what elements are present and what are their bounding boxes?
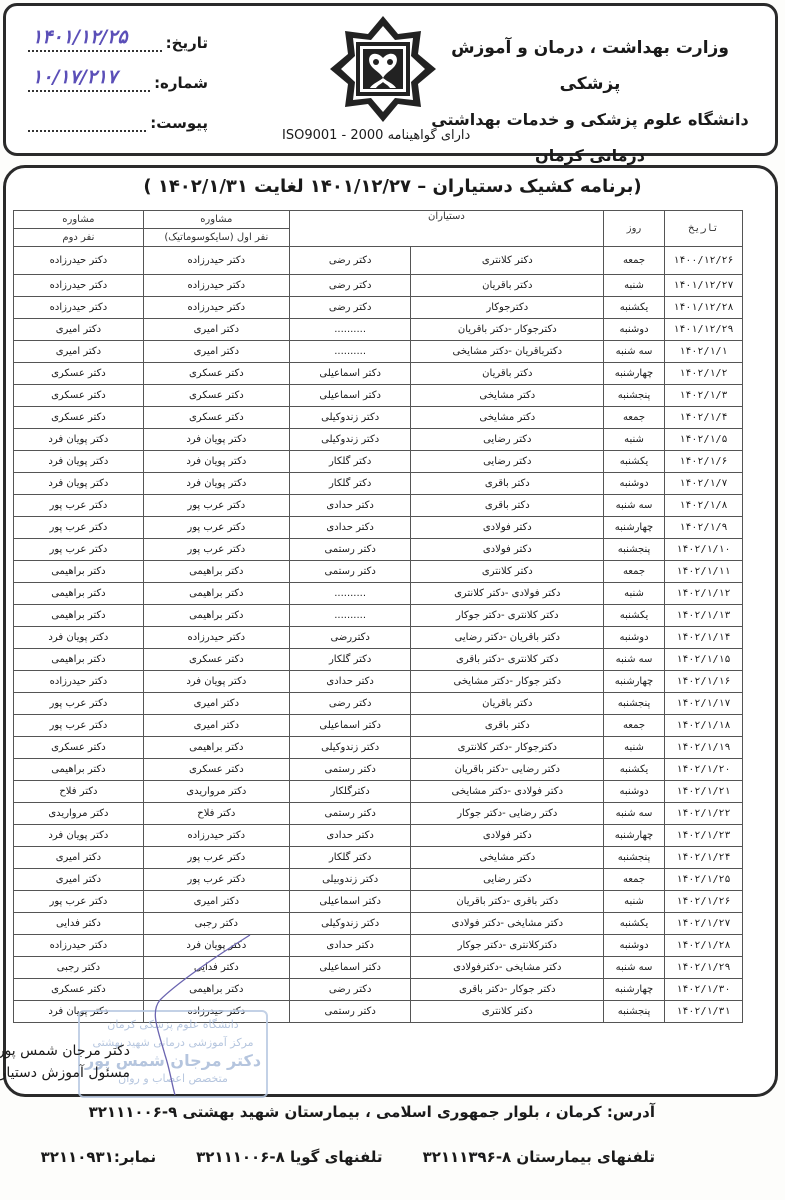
table-body: ۱۴۰۰/۱۲/۲۶جمعهدکتر کلانتریدکتر رضیدکتر ح… xyxy=(14,247,743,1023)
shift-schedule-table: تاریخ روز دستیاران مشاوره مشاوره نفر اول… xyxy=(13,210,743,1023)
cell-consult-2: دکتر براهیمی xyxy=(14,759,144,781)
cell-consult-2: دکتر پویان فرد xyxy=(14,825,144,847)
cell-resident-2: .......... xyxy=(289,605,411,627)
table-row: ۱۴۰۲/۱/۲۹سه شنبهدکتر مشایخی -دکترفولادید… xyxy=(14,957,743,979)
table-row: ۱۴۰۲/۱/۷دوشنبهدکتر باقریدکتر گلکاردکتر پ… xyxy=(14,473,743,495)
cell-day: سه شنبه xyxy=(604,803,665,825)
cell-date: ۱۴۰۲/۱/۱۷ xyxy=(664,693,742,715)
cell-resident-2: دکتر رستمی xyxy=(289,803,411,825)
column-header-consult2-bottom: نفر دوم xyxy=(14,229,144,247)
cell-resident-1: دکتر کلانتری xyxy=(411,247,604,275)
cell-consult-1: دکتر فدایی xyxy=(143,957,289,979)
cell-consult-2: دکتر عسکری xyxy=(14,737,144,759)
cell-consult-2: دکتر فلاح xyxy=(14,781,144,803)
cell-resident-2: دکتررضی xyxy=(289,627,411,649)
cell-consult-2: دکتر مرواریدی xyxy=(14,803,144,825)
letter-attachment-line: پیوست: xyxy=(28,92,208,132)
cell-day: دوشنبه xyxy=(604,473,665,495)
cell-consult-1: دکتر حیدرزاده xyxy=(143,247,289,275)
cell-day: چهارشنبه xyxy=(604,825,665,847)
cell-day: دوشنبه xyxy=(604,781,665,803)
signatory-name: دکتر مرجان شمس پور xyxy=(0,1040,130,1062)
letter-number-label: شماره: xyxy=(154,74,208,92)
letter-number-value: ۱۰/۱۷/۲۱۷ xyxy=(32,66,117,88)
cell-date: ۱۴۰۱/۱۲/۲۸ xyxy=(664,297,742,319)
table-row: ۱۴۰۲/۱/۱۲شنبهدکتر فولادی -دکتر کلانتری..… xyxy=(14,583,743,605)
cell-resident-2: دکتر رضی xyxy=(289,247,411,275)
cell-date: ۱۴۰۲/۱/۲۵ xyxy=(664,869,742,891)
cell-consult-2: دکتر پویان فرد xyxy=(14,451,144,473)
letter-date-line: تاریخ: ۱۴۰۱/۱۲/۲۵ xyxy=(28,12,208,52)
cell-resident-2: دکتر حدادی xyxy=(289,935,411,957)
cell-date: ۱۴۰۲/۱/۲۶ xyxy=(664,891,742,913)
cell-consult-1: دکتر امیری xyxy=(143,341,289,363)
cell-day: جمعه xyxy=(604,407,665,429)
letter-date-value: ۱۴۰۱/۱۲/۲۵ xyxy=(32,26,128,48)
cell-resident-1: دکتر رضایی -دکتر جوکار xyxy=(411,803,604,825)
cell-day: چهارشنبه xyxy=(604,517,665,539)
cell-consult-2: دکتر عسکری xyxy=(14,407,144,429)
cell-day: یکشنبه xyxy=(604,913,665,935)
cell-consult-2: دکتر عسکری xyxy=(14,363,144,385)
cell-day: پنجشنبه xyxy=(604,539,665,561)
cell-consult-2: دکتر عرب پور xyxy=(14,715,144,737)
cell-consult-2: دکتر حیدرزاده xyxy=(14,935,144,957)
cell-date: ۱۴۰۲/۱/۲۳ xyxy=(664,825,742,847)
cell-consult-1: دکتر امیری xyxy=(143,715,289,737)
cell-resident-1: دکتر فولادی -دکتر مشایخی xyxy=(411,781,604,803)
cell-day: دوشنبه xyxy=(604,627,665,649)
table-row: ۱۴۰۲/۱/۲۱دوشنبهدکتر فولادی -دکتر مشایخید… xyxy=(14,781,743,803)
university-emblem-icon xyxy=(328,14,438,124)
table-row: ۱۴۰۱/۱۲/۲۸یکشنبهدکترجوکاردکتر رضیدکتر حی… xyxy=(14,297,743,319)
cell-resident-1: دکتر کلانتری -دکتر باقری xyxy=(411,649,604,671)
cell-date: ۱۴۰۲/۱/۲۰ xyxy=(664,759,742,781)
cell-date: ۱۴۰۲/۱/۲۲ xyxy=(664,803,742,825)
cell-resident-2: دکتر رستمی xyxy=(289,1001,411,1023)
cell-resident-2: دکتر رستمی xyxy=(289,759,411,781)
cell-resident-2: دکتر زندوکیلی xyxy=(289,407,411,429)
cell-resident-1: دکتر باقریان -دکتر رضایی xyxy=(411,627,604,649)
cell-day: شنبه xyxy=(604,583,665,605)
cell-consult-1: دکتر عرب پور xyxy=(143,847,289,869)
column-header-consult1-bottom: نفر اول (سایکوسوماتیک) xyxy=(143,229,289,247)
cell-resident-2: .......... xyxy=(289,341,411,363)
cell-day: سه شنبه xyxy=(604,495,665,517)
cell-consult-1: دکتر پویان فرد xyxy=(143,451,289,473)
cell-date: ۱۴۰۲/۱/۱ xyxy=(664,341,742,363)
cell-resident-1: دکتر مشایخی xyxy=(411,847,604,869)
cell-consult-2: دکتر امیری xyxy=(14,847,144,869)
cell-resident-2: دکتر اسماعیلی xyxy=(289,385,411,407)
column-header-consult2-top: مشاوره xyxy=(14,211,144,229)
table-header-row: تاریخ روز دستیاران مشاوره مشاوره xyxy=(14,211,743,229)
cell-consult-1: دکتر عسکری xyxy=(143,363,289,385)
cell-day: چهارشنبه xyxy=(604,671,665,693)
cell-consult-1: دکتر امیری xyxy=(143,319,289,341)
cell-date: ۱۴۰۲/۱/۷ xyxy=(664,473,742,495)
cell-day: جمعه xyxy=(604,561,665,583)
cell-consult-1: دکتر حیدرزاده xyxy=(143,627,289,649)
cell-consult-1: دکتر براهیمی xyxy=(143,561,289,583)
schedule-title: (برنامه کشیک دستیاران – ۱۴۰۱/۱۲/۲۷ لغایت… xyxy=(0,176,785,197)
cell-resident-1: دکتر فولادی xyxy=(411,517,604,539)
cell-resident-2: دکتر حدادی xyxy=(289,825,411,847)
table-row: ۱۴۰۲/۱/۶یکشنبهدکتر رضاییدکتر گلکاردکتر پ… xyxy=(14,451,743,473)
cell-day: جمعه xyxy=(604,247,665,275)
cell-resident-1: دکتر باقریان xyxy=(411,693,604,715)
cell-day: شنبه xyxy=(604,275,665,297)
cell-day: جمعه xyxy=(604,869,665,891)
cell-resident-2: دکتر گلکار xyxy=(289,473,411,495)
cell-consult-2: دکتر عسکری xyxy=(14,385,144,407)
cell-consult-2: دکتر پویان فرد xyxy=(14,429,144,451)
cell-date: ۱۴۰۲/۱/۱۹ xyxy=(664,737,742,759)
cell-resident-2: دکتر گلکار xyxy=(289,451,411,473)
column-header-consult1-top: مشاوره xyxy=(143,211,289,229)
university-name: دانشگاه علوم پزشکی و خدمات بهداشتی درمان… xyxy=(425,102,755,174)
column-header-residents: دستیاران xyxy=(289,211,603,247)
cell-date: ۱۴۰۲/۱/۸ xyxy=(664,495,742,517)
cell-day: پنجشنبه xyxy=(604,847,665,869)
cell-resident-1: دکتر مشایخی -دکتر فولادی xyxy=(411,913,604,935)
table-row: ۱۴۰۲/۱/۲۵جمعهدکتر رضاییدکتر زندوبیلیدکتر… xyxy=(14,869,743,891)
cell-consult-2: دکتر پویان فرد xyxy=(14,627,144,649)
cell-resident-1: دکترجوکار xyxy=(411,297,604,319)
cell-consult-1: دکتر عسکری xyxy=(143,759,289,781)
fax-number: نمابر:۳۲۱۱۰۹۳۱ xyxy=(41,1148,157,1166)
cell-day: سه شنبه xyxy=(604,957,665,979)
cell-resident-1: دکتر باقریان xyxy=(411,363,604,385)
cell-day: یکشنبه xyxy=(604,297,665,319)
cell-resident-2: دکتر زندوکیلی xyxy=(289,429,411,451)
cell-consult-2: دکتر عرب پور xyxy=(14,517,144,539)
cell-date: ۱۴۰۲/۱/۱۵ xyxy=(664,649,742,671)
cell-resident-1: دکترکلانتری -دکتر جوکار xyxy=(411,935,604,957)
cell-consult-2: دکتر پویان فرد xyxy=(14,473,144,495)
cell-resident-2: دکتر زندوبیلی xyxy=(289,869,411,891)
cell-day: پنجشنبه xyxy=(604,1001,665,1023)
cell-resident-1: دکتر مشایخی -دکترفولادی xyxy=(411,957,604,979)
table-row: ۱۴۰۲/۱/۲۶شنبهدکتر باقری -دکتر باقریاندکت… xyxy=(14,891,743,913)
cell-date: ۱۴۰۲/۱/۳۱ xyxy=(664,1001,742,1023)
voice-phones: تلفنهای گویا ۸-۳۲۱۱۱۰۰۶ xyxy=(196,1148,382,1166)
column-header-date: تاریخ xyxy=(664,211,742,247)
cell-resident-1: دکتر فولادی xyxy=(411,539,604,561)
cell-resident-2: دکتر رضی xyxy=(289,979,411,1001)
cell-resident-2: دکترگلکار xyxy=(289,781,411,803)
table-row: ۱۴۰۲/۱/۹چهارشنبهدکتر فولادیدکتر حدادیدکت… xyxy=(14,517,743,539)
cell-consult-1: دکتر براهیمی xyxy=(143,979,289,1001)
cell-date: ۱۴۰۲/۱/۲ xyxy=(664,363,742,385)
cell-consult-2: دکتر عرب پور xyxy=(14,539,144,561)
cell-resident-1: دکتر رضایی -دکتر باقریان xyxy=(411,759,604,781)
letter-date-label: تاریخ: xyxy=(166,34,208,52)
cell-resident-1: دکترجوکار -دکتر کلانتری xyxy=(411,737,604,759)
table-row: ۱۴۰۲/۱/۱۷پنجشنبهدکتر باقریاندکتر رضیدکتر… xyxy=(14,693,743,715)
cell-consult-1: دکتر عسکری xyxy=(143,385,289,407)
cell-date: ۱۴۰۲/۱/۱۳ xyxy=(664,605,742,627)
table-row: ۱۴۰۲/۱/۱۶چهارشنبهدکتر جوکار -دکتر مشایخی… xyxy=(14,671,743,693)
cell-consult-2: دکتر امیری xyxy=(14,341,144,363)
cell-day: شنبه xyxy=(604,429,665,451)
cell-resident-1: دکتر کلانتری xyxy=(411,1001,604,1023)
cell-consult-2: دکتر امیری xyxy=(14,869,144,891)
cell-resident-1: دکتر باقری xyxy=(411,715,604,737)
column-header-day: روز xyxy=(604,211,665,247)
cell-resident-1: دکتر فولادی xyxy=(411,825,604,847)
footer-address: آدرس: کرمان ، بلوار جمهوری اسلامی ، بیما… xyxy=(89,1103,655,1121)
table-row: ۱۴۰۲/۱/۴جمعهدکتر مشایخیدکتر زندوکیلیدکتر… xyxy=(14,407,743,429)
cell-consult-1: دکتر پویان فرد xyxy=(143,429,289,451)
cell-resident-1: دکتر رضایی xyxy=(411,869,604,891)
cell-day: یکشنبه xyxy=(604,759,665,781)
cell-date: ۱۴۰۲/۱/۹ xyxy=(664,517,742,539)
cell-date: ۱۴۰۲/۱/۱۸ xyxy=(664,715,742,737)
cell-date: ۱۴۰۲/۱/۳ xyxy=(664,385,742,407)
cell-resident-2: دکتر زندوکیلی xyxy=(289,737,411,759)
cell-resident-1: دکتر جوکار -دکتر مشایخی xyxy=(411,671,604,693)
cell-resident-1: دکتر کلانتری xyxy=(411,561,604,583)
cell-consult-1: دکتر عرب پور xyxy=(143,539,289,561)
cell-date: ۱۴۰۲/۱/۲۸ xyxy=(664,935,742,957)
cell-date: ۱۴۰۲/۱/۴ xyxy=(664,407,742,429)
cell-resident-2: دکتر رضی xyxy=(289,693,411,715)
cell-day: پنجشنبه xyxy=(604,693,665,715)
cell-resident-1: دکتر رضایی xyxy=(411,429,604,451)
cell-resident-2: دکتر اسماعیلی xyxy=(289,715,411,737)
table-row: ۱۴۰۲/۱/۱۳یکشنبهدکتر کلانتری -دکتر جوکار.… xyxy=(14,605,743,627)
cell-day: سه شنبه xyxy=(604,341,665,363)
cell-resident-2: دکتر اسماعیلی xyxy=(289,957,411,979)
table-row: ۱۴۰۲/۱/۱۵سه شنبهدکتر کلانتری -دکتر باقری… xyxy=(14,649,743,671)
cell-date: ۱۴۰۲/۱/۱۲ xyxy=(664,583,742,605)
cell-consult-1: دکتر براهیمی xyxy=(143,605,289,627)
cell-resident-2: دکتر حدادی xyxy=(289,517,411,539)
letter-meta: تاریخ: ۱۴۰۱/۱۲/۲۵ شماره: ۱۰/۱۷/۲۱۷ پیوست… xyxy=(28,12,208,132)
cell-consult-1: دکتر حیدرزاده xyxy=(143,275,289,297)
cell-resident-2: دکتر رضی xyxy=(289,297,411,319)
cell-day: دوشنبه xyxy=(604,935,665,957)
cell-consult-2: دکتر عرب پور xyxy=(14,891,144,913)
cell-date: ۱۴۰۲/۱/۵ xyxy=(664,429,742,451)
cell-resident-2: دکتر حدادی xyxy=(289,671,411,693)
cell-consult-1: دکتر حیدرزاده xyxy=(143,825,289,847)
cell-consult-2: دکتر حیدرزاده xyxy=(14,275,144,297)
cell-day: یکشنبه xyxy=(604,605,665,627)
cell-resident-2: دکتر گلکار xyxy=(289,649,411,671)
table-row: ۱۴۰۰/۱۲/۲۶جمعهدکتر کلانتریدکتر رضیدکتر ح… xyxy=(14,247,743,275)
cell-consult-2: دکتر حیدرزاده xyxy=(14,671,144,693)
cell-consult-1: دکتر پویان فرد xyxy=(143,671,289,693)
cell-consult-1: دکتر امیری xyxy=(143,693,289,715)
cell-consult-1: دکتر عسکری xyxy=(143,649,289,671)
cell-day: شنبه xyxy=(604,737,665,759)
cell-consult-1: دکتر رجبی xyxy=(143,913,289,935)
cell-day: جمعه xyxy=(604,715,665,737)
cell-resident-2: دکتر زندوکیلی xyxy=(289,913,411,935)
cell-day: سه شنبه xyxy=(604,649,665,671)
cell-day: یکشنبه xyxy=(604,451,665,473)
cell-consult-2: دکتر حیدرزاده xyxy=(14,297,144,319)
table-row: ۱۴۰۲/۱/۲۰یکشنبهدکتر رضایی -دکتر باقریاند… xyxy=(14,759,743,781)
cell-resident-2: دکتر اسماعیلی xyxy=(289,891,411,913)
cell-resident-1: دکتر فولادی -دکتر کلانتری xyxy=(411,583,604,605)
table-row: ۱۴۰۲/۱/۲۴پنجشنبهدکتر مشایخیدکتر گلکاردکت… xyxy=(14,847,743,869)
cell-consult-1: دکتر مرواریدی xyxy=(143,781,289,803)
cell-resident-1: دکتر باقری xyxy=(411,495,604,517)
table-row: ۱۴۰۱/۱۲/۲۷شنبهدکتر باقریاندکتر رضیدکتر ح… xyxy=(14,275,743,297)
cell-consult-1: دکتر حیدرزاده xyxy=(143,297,289,319)
cell-consult-1: دکتر براهیمی xyxy=(143,583,289,605)
cell-resident-2: دکتر رستمی xyxy=(289,539,411,561)
cell-date: ۱۴۰۲/۱/۲۱ xyxy=(664,781,742,803)
cell-date: ۱۴۰۲/۱/۱۰ xyxy=(664,539,742,561)
table-row: ۱۴۰۲/۱/۲چهارشنبهدکتر باقریاندکتر اسماعیل… xyxy=(14,363,743,385)
cell-consult-1: دکتر امیری xyxy=(143,891,289,913)
cell-day: چهارشنبه xyxy=(604,979,665,1001)
table-row: ۱۴۰۲/۱/۱۱جمعهدکتر کلانتریدکتر رستمیدکتر … xyxy=(14,561,743,583)
cell-consult-1: دکتر براهیمی xyxy=(143,737,289,759)
table-row: ۱۴۰۲/۱/۱۸جمعهدکتر باقریدکتر اسماعیلیدکتر… xyxy=(14,715,743,737)
cell-resident-2: .......... xyxy=(289,319,411,341)
cell-resident-1: دکتر باقری -دکتر باقریان xyxy=(411,891,604,913)
table-row: ۱۴۰۲/۱/۵شنبهدکتر رضاییدکتر زندوکیلیدکتر … xyxy=(14,429,743,451)
cell-consult-2: دکتر عسکری xyxy=(14,979,144,1001)
table-row: ۱۴۰۲/۱/۸سه شنبهدکتر باقریدکتر حدادیدکتر … xyxy=(14,495,743,517)
cell-day: دوشنبه xyxy=(604,319,665,341)
cell-consult-2: دکتر براهیمی xyxy=(14,583,144,605)
table-row: ۱۴۰۲/۱/۲۸دوشنبهدکترکلانتری -دکتر جوکاردک… xyxy=(14,935,743,957)
letter-attachment-label: پیوست: xyxy=(150,114,208,132)
cell-consult-1: دکتر پویان فرد xyxy=(143,935,289,957)
cell-consult-1: دکتر عسکری xyxy=(143,407,289,429)
cell-resident-1: دکتر جوکار -دکتر باقری xyxy=(411,979,604,1001)
cell-date: ۱۴۰۱/۱۲/۲۷ xyxy=(664,275,742,297)
cell-resident-1: دکتر باقری xyxy=(411,473,604,495)
cell-resident-1: دکتر مشایخی xyxy=(411,407,604,429)
cell-consult-1: دکتر عرب پور xyxy=(143,869,289,891)
cell-date: ۱۴۰۰/۱۲/۲۶ xyxy=(664,247,742,275)
cell-consult-1: دکتر فلاح xyxy=(143,803,289,825)
table-row: ۱۴۰۱/۱۲/۲۹دوشنبهدکترجوکار -دکتر باقریان.… xyxy=(14,319,743,341)
table-row: ۱۴۰۲/۱/۳۰چهارشنبهدکتر جوکار -دکتر باقرید… xyxy=(14,979,743,1001)
cell-consult-1: دکتر عرب پور xyxy=(143,495,289,517)
cell-date: ۱۴۰۲/۱/۱۶ xyxy=(664,671,742,693)
cell-resident-1: دکترجوکار -دکتر باقریان xyxy=(411,319,604,341)
table-row: ۱۴۰۲/۱/۱۰پنجشنبهدکتر فولادیدکتر رستمیدکت… xyxy=(14,539,743,561)
cell-resident-2: دکتر گلکار xyxy=(289,847,411,869)
cell-resident-1: دکتر کلانتری -دکتر جوکار xyxy=(411,605,604,627)
table-row: ۱۴۰۲/۱/۲۲سه شنبهدکتر رضایی -دکتر جوکاردک… xyxy=(14,803,743,825)
cell-date: ۱۴۰۲/۱/۱۴ xyxy=(664,627,742,649)
cell-consult-2: دکتر براهیمی xyxy=(14,649,144,671)
ministry-name: وزارت بهداشت ، درمان و آموزش پزشکی xyxy=(425,30,755,102)
cell-resident-2: دکتر رضی xyxy=(289,275,411,297)
cell-resident-2: دکتر رستمی xyxy=(289,561,411,583)
cell-resident-2: .......... xyxy=(289,583,411,605)
cell-date: ۱۴۰۲/۱/۶ xyxy=(664,451,742,473)
cell-consult-1: دکتر پویان فرد xyxy=(143,473,289,495)
footer-phones: تلفنهای بیمارستان ۸-۳۲۱۱۱۳۹۶ تلفنهای گوی… xyxy=(41,1148,655,1166)
cell-day: پنجشنبه xyxy=(604,385,665,407)
signature-block: دکتر مرجان شمس پور مسئول آموزش دستیاری xyxy=(0,1040,130,1084)
cell-resident-1: دکتر رضایی xyxy=(411,451,604,473)
hospital-phones: تلفنهای بیمارستان ۸-۳۲۱۱۱۳۹۶ xyxy=(423,1148,655,1166)
cell-resident-2: دکتر حدادی xyxy=(289,495,411,517)
cell-date: ۱۴۰۲/۱/۲۴ xyxy=(664,847,742,869)
cell-day: چهارشنبه xyxy=(604,363,665,385)
cell-date: ۱۴۰۲/۱/۱۱ xyxy=(664,561,742,583)
cell-consult-2: دکتر رجبی xyxy=(14,957,144,979)
cell-resident-1: دکتر مشایخی xyxy=(411,385,604,407)
table-row: ۱۴۰۲/۱/۲۷یکشنبهدکتر مشایخی -دکتر فولادید… xyxy=(14,913,743,935)
cell-resident-1: دکتر باقریان xyxy=(411,275,604,297)
cell-consult-2: دکتر حیدرزاده xyxy=(14,247,144,275)
cell-consult-1: دکتر عرب پور xyxy=(143,517,289,539)
stamp-line-1: دانشگاه علوم پزشکی کرمان xyxy=(80,1016,266,1034)
cell-date: ۱۴۰۲/۱/۳۰ xyxy=(664,979,742,1001)
cell-consult-2: دکتر عرب پور xyxy=(14,495,144,517)
table-row: ۱۴۰۲/۱/۳پنجشنبهدکتر مشایخیدکتر اسماعیلید… xyxy=(14,385,743,407)
table-row: ۱۴۰۲/۱/۱سه شنبهدکترباقریان -دکتر مشایخی.… xyxy=(14,341,743,363)
cell-day: شنبه xyxy=(604,891,665,913)
cell-date: ۱۴۰۲/۱/۲۹ xyxy=(664,957,742,979)
cell-consult-2: دکتر براهیمی xyxy=(14,605,144,627)
cell-consult-2: دکتر عرب پور xyxy=(14,693,144,715)
signatory-role: مسئول آموزش دستیاری xyxy=(0,1062,130,1084)
cell-consult-2: دکتر فدایی xyxy=(14,913,144,935)
table-row: ۱۴۰۲/۱/۲۳چهارشنبهدکتر فولادیدکتر حدادیدک… xyxy=(14,825,743,847)
cell-consult-2: دکتر براهیمی xyxy=(14,561,144,583)
cell-resident-1: دکترباقریان -دکتر مشایخی xyxy=(411,341,604,363)
table-row: ۱۴۰۲/۱/۱۴دوشنبهدکتر باقریان -دکتر رضایید… xyxy=(14,627,743,649)
cell-resident-2: دکتر اسماعیلی xyxy=(289,363,411,385)
cell-date: ۱۴۰۱/۱۲/۲۹ xyxy=(664,319,742,341)
cell-date: ۱۴۰۲/۱/۲۷ xyxy=(664,913,742,935)
table-row: ۱۴۰۲/۱/۱۹شنبهدکترجوکار -دکتر کلانتریدکتر… xyxy=(14,737,743,759)
cell-consult-2: دکتر امیری xyxy=(14,319,144,341)
letter-number-line: شماره: ۱۰/۱۷/۲۱۷ xyxy=(28,52,208,92)
